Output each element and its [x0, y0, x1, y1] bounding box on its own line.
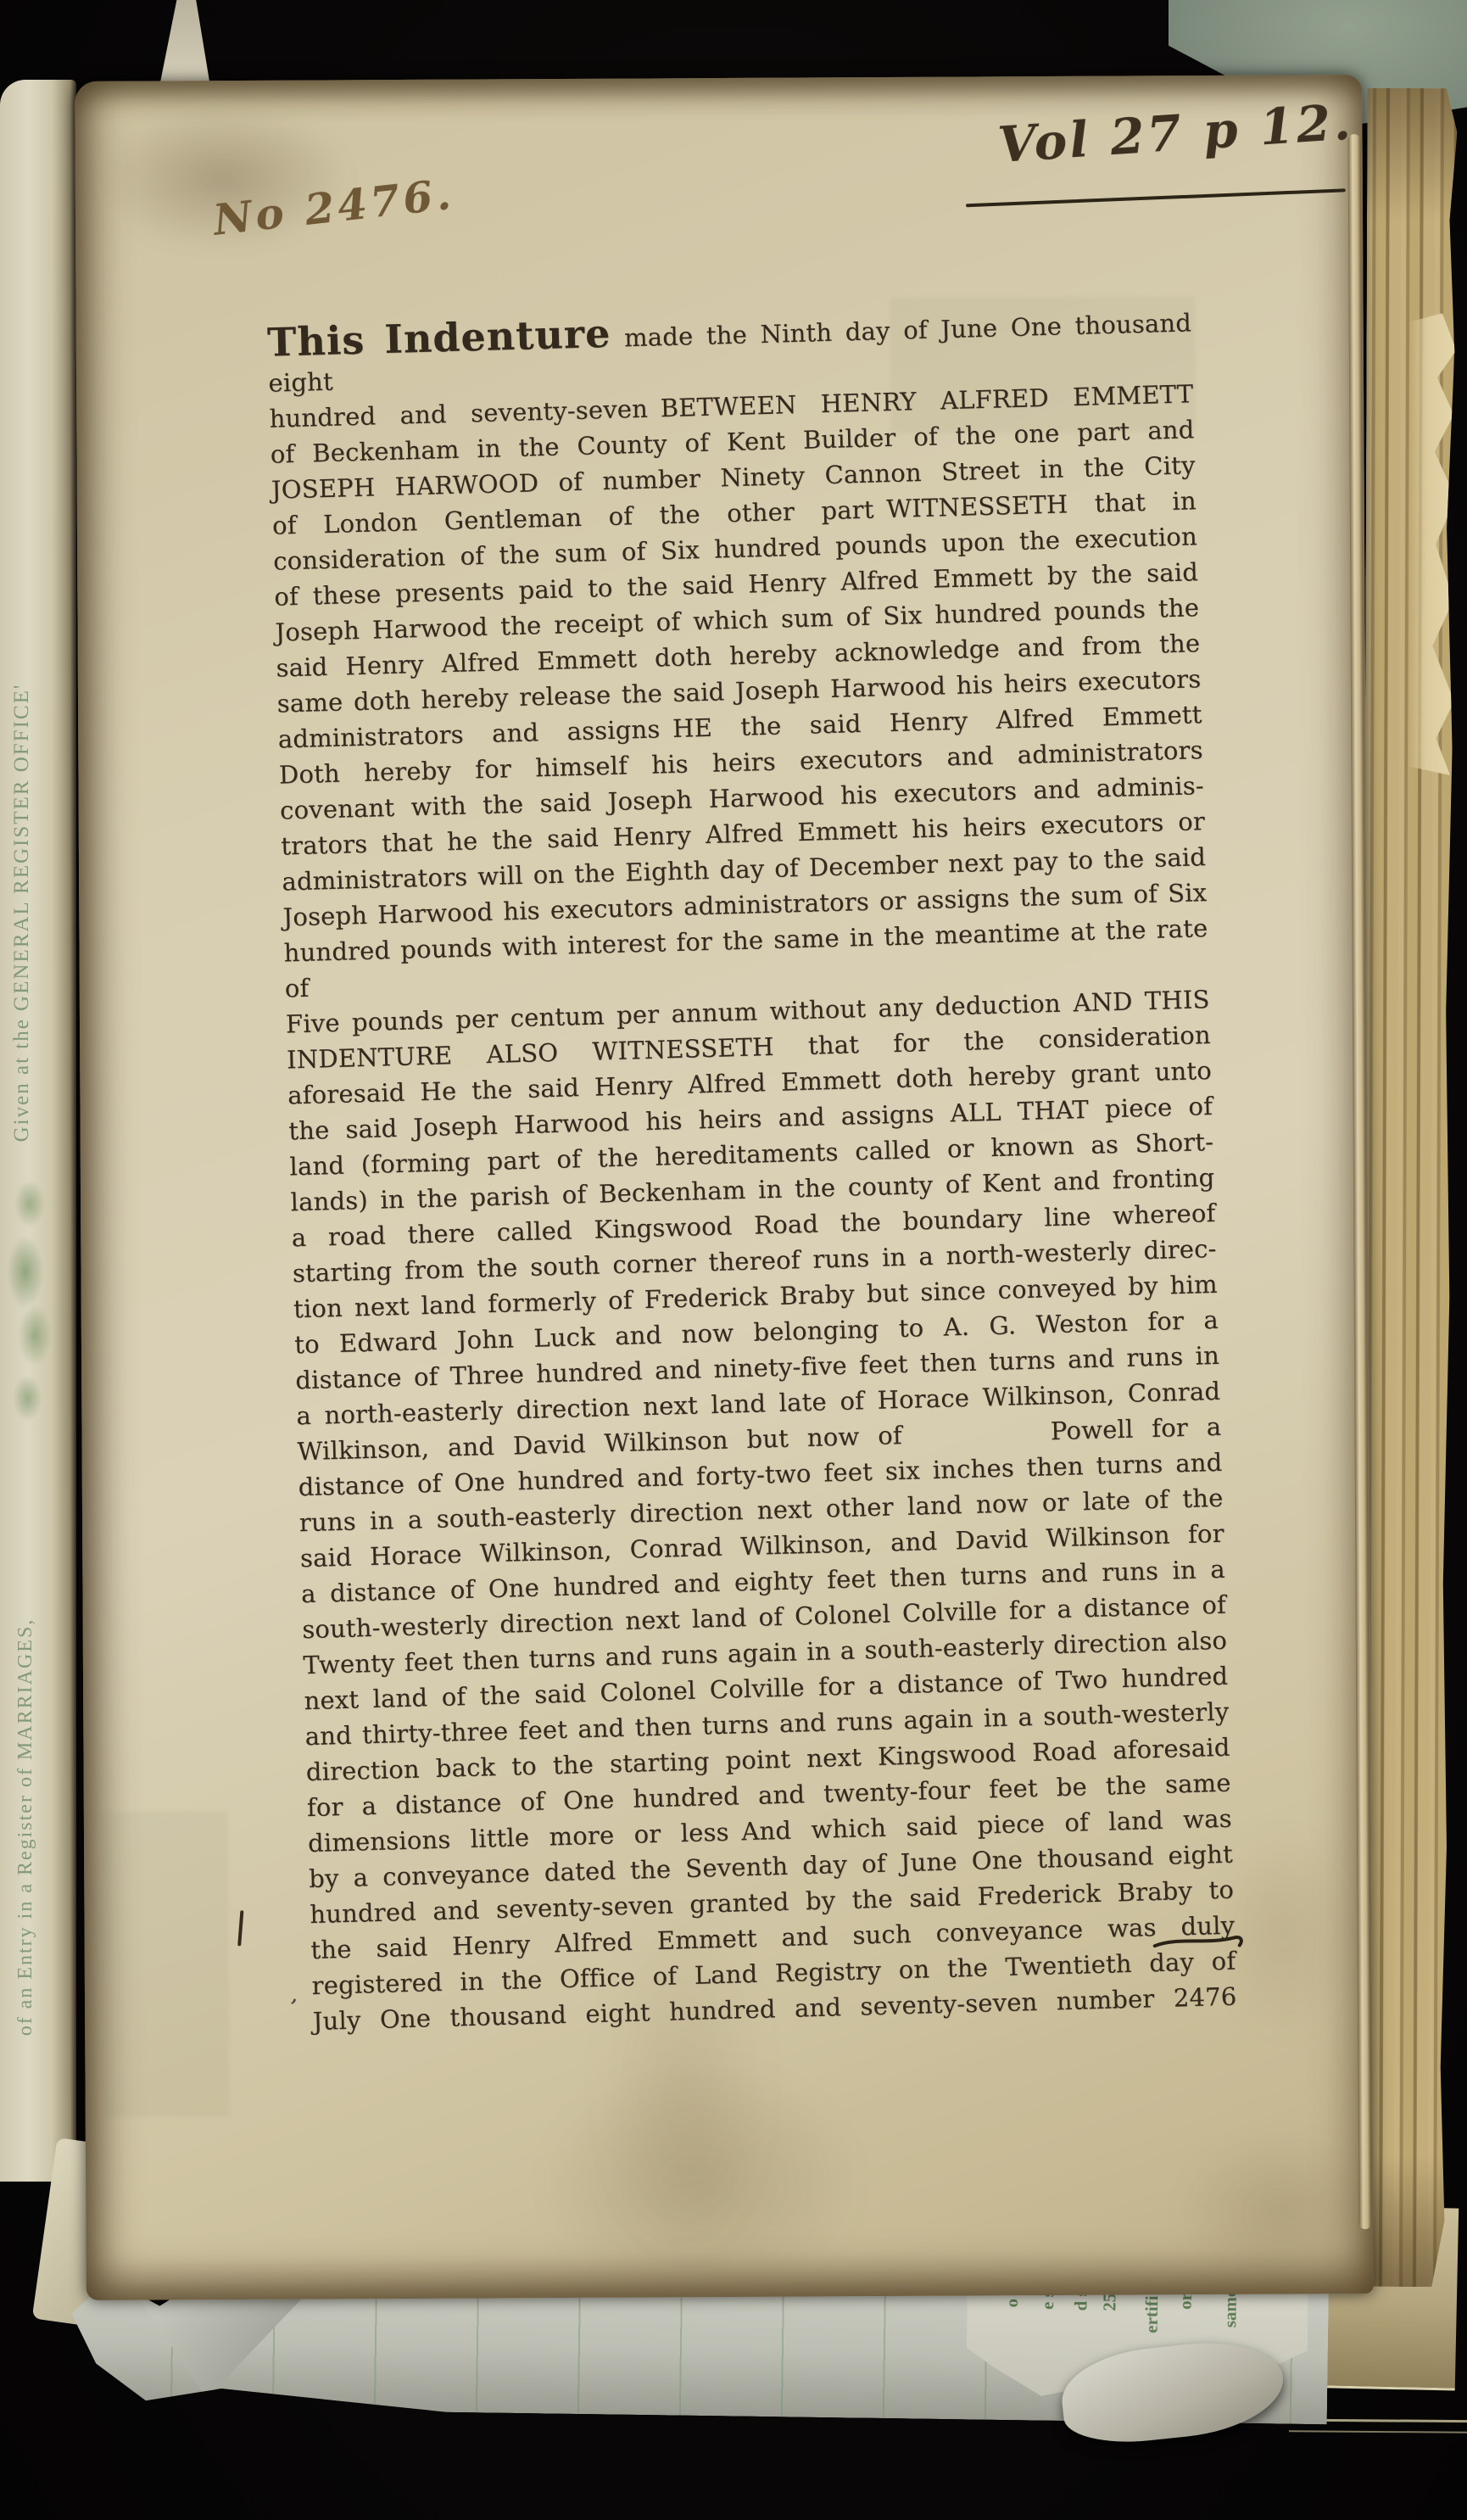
frayed-page-edges — [1408, 313, 1457, 775]
indenture-text: This Indenture made the Ninth day of Jun… — [267, 299, 1237, 2039]
volume-ref-underline — [966, 188, 1346, 207]
ink-showthrough — [101, 1811, 230, 2117]
margin-text-lower: of an Entry in a Register of MARRIAGES, — [13, 1530, 38, 2124]
deed-body-text: made the Ninth day of June One thousand … — [268, 308, 1237, 2036]
ledger-page: Vol 27 p 12. No 2476. This Indenture mad… — [75, 75, 1374, 2300]
number-underline-flourish — [1152, 1931, 1247, 1953]
handwritten-volume-ref: Vol 27 p 12. — [996, 92, 1355, 174]
ink-mark — [237, 1910, 243, 1946]
photo-background: Given at the GENERAL REGISTER OFFICE'of … — [0, 0, 1467, 2520]
margin-text-upper: Given at the GENERAL REGISTER OFFICE' — [9, 595, 35, 1231]
paper-tab-edge — [159, 0, 210, 87]
edge-fragment: 25 — [1099, 2294, 1120, 2311]
royal-arms-crest-icon — [3, 1172, 56, 1435]
edge-fragment: ertifi — [1141, 2295, 1163, 2333]
margin-certificate-strip: Given at the GENERAL REGISTER OFFICE'of … — [0, 80, 76, 2182]
edge-fragment: same — [1219, 2289, 1241, 2328]
opening-blackletter: This Indenture — [267, 310, 612, 366]
edge-fragment: o — [1001, 2299, 1023, 2308]
sheet-edge-line — [1289, 2430, 1467, 2433]
edge-fragment: or — [1175, 2293, 1196, 2310]
ink-mark: ‚ — [288, 1976, 302, 2013]
book-fore-edge-stack — [1359, 88, 1457, 2287]
stain — [1171, 2127, 1392, 2298]
